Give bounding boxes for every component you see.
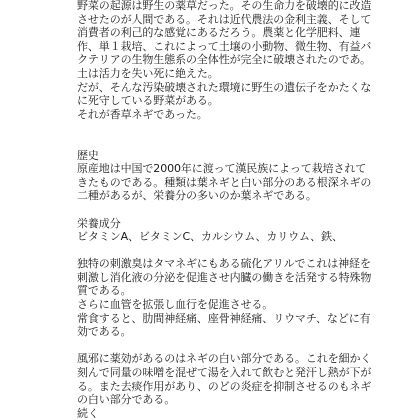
document-body: 野菜の起源は野生の薬草だった。その生命力を破壊的に改造 させたのが人間である。そ… <box>77 0 327 400</box>
spacer <box>77 121 327 135</box>
text-line: それが香草ネギであった。 <box>77 108 327 122</box>
intro-section: 野菜の起源は野生の薬草だった。その生命力を破壊的に改造 させたのが人間である。そ… <box>77 0 327 121</box>
text-line: ビタミンA、ビタミンC、カルシウム、カリウム、鉄、 <box>77 230 327 244</box>
history-section: 歴史 原産地は中国で2000年に渡って漢民族によって栽培されて きたものである。… <box>77 149 327 203</box>
section-heading-history: 歴史 <box>77 149 327 163</box>
text-line: 効である。 <box>77 325 327 339</box>
spacer <box>77 135 327 149</box>
nutrition-section: 栄養成分 ビタミンA、ビタミンC、カルシウム、カリウム、鉄、 <box>77 217 327 244</box>
text-line: 風邪に薬効があるのはネギの白い部分である。これを細かく <box>77 352 327 366</box>
text-line: 常食すると、肋間神経痛、座骨神経痛、リウマチ、などに有 <box>77 312 327 326</box>
text-line: 消費者の利己的な感覚にあるだろう。農薬と化学肥料、連 <box>77 26 327 40</box>
text-line: 刺激し消化液の分泌を促進させ内臓の働きを活発する特殊物 <box>77 271 327 285</box>
spacer <box>77 339 327 353</box>
section-heading-nutrition: 栄養成分 <box>77 217 327 231</box>
text-line: だが、そんな汚染破壊された環境に野生の遺伝子をかたくな <box>77 81 327 95</box>
text-line: に死守している野菜がある。 <box>77 94 327 108</box>
text-line: 二種があるが、栄養分の多いのか葉ネギである。 <box>77 189 327 203</box>
text-line: クテリアの生物生態系の全体性が完全に破壊されたのであ。 <box>77 53 327 67</box>
text-line: させたのが人間である。それは近代農法の金利主義、そして <box>77 13 327 27</box>
text-line: 独特の刺激臭はタマネギにもある硫化アリルでこれは神経を <box>77 257 327 271</box>
text-line: きたものである。種類は葉ネギと白い部分のある根深ネギの <box>77 176 327 190</box>
cold-remedy-section: 風邪に薬効があるのはネギの白い部分である。これを細かく 刻んで同量の味噌を混ぜて… <box>77 352 327 400</box>
text-line: 作、単１栽培、これによって土壌の小動物、微生物、有益バ <box>77 40 327 54</box>
spacer <box>77 244 327 258</box>
text-line: 質である。 <box>77 284 327 298</box>
text-line: の白い部分である。 <box>77 393 327 400</box>
text-line: 野菜の起源は野生の薬草だった。その生命力を破壊的に改造 <box>77 0 327 13</box>
text-line: る。また去痰作用があり、のどの炎症を抑制させるのもネギ <box>77 380 327 394</box>
text-line: 原産地は中国で2000年に渡って漢民族によって栽培されて <box>77 162 327 176</box>
text-line: さらに血管を拡張し血行を促進させる。 <box>77 298 327 312</box>
effects-section: 独特の刺激臭はタマネギにもある硫化アリルでこれは神経を 刺激し消化液の分泌を促進… <box>77 257 327 339</box>
text-line: 土は活力を失い死に絶えた。 <box>77 67 327 81</box>
text-line: 刻んで同量の味噌を混ぜて湯を入れて飲むと発汗し熱が下が <box>77 366 327 380</box>
spacer <box>77 203 327 217</box>
